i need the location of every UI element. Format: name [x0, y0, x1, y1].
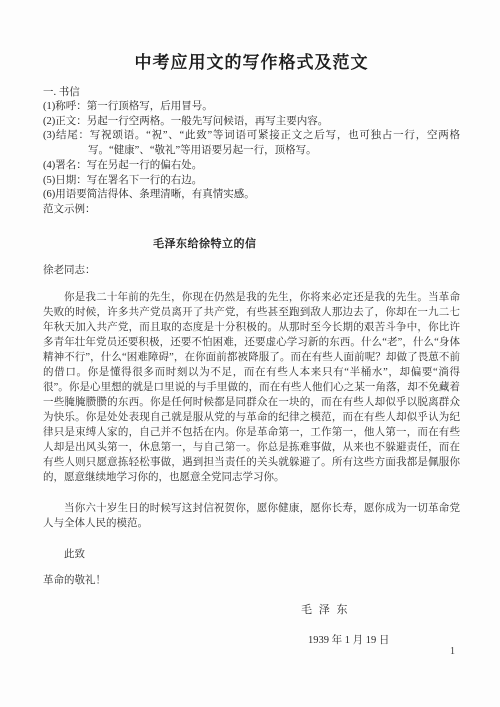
rule-language: (6)用语要简洁得体、条理清晰，有真情实感。 [43, 188, 460, 203]
rule-date: (5)日期：写在署名下一行的右边。 [43, 174, 460, 189]
letter-paragraph-1: 你是我二十年前的先生，你现在仍然是我的先生，你将来必定还是我的先生。当革命失败的… [43, 290, 460, 485]
sample-letter: 毛泽东给徐特立的信 徐老同志： 你是我二十年前的先生，你现在仍然是我的先生，你将… [43, 237, 460, 648]
letter-title: 毛泽东给徐特立的信 [153, 237, 460, 252]
letter-salute: 革命的敬礼！ [43, 573, 460, 588]
rule-body: (2)正文：另起一行空两格。一般先写问候语，再写主要内容。 [43, 115, 460, 130]
document-page: 中考应用文的写作格式及范文 一. 书信 (1)称呼：第一行顶格写，后用冒号。 (… [0, 0, 500, 707]
document-title: 中考应用文的写作格式及范文 [43, 53, 460, 73]
letter-date: 1939 年 1 月 19 日 [308, 633, 460, 648]
rule-ending: (3)结尾：写祝颂语。“祝”、“此致”等词语可紧接正文之后写，也可独占一行，空两… [43, 129, 460, 158]
rule-salutation: (1)称呼：第一行顶格写，后用冒号。 [43, 100, 460, 115]
letter-signature: 毛 泽 东 [301, 603, 460, 618]
section-heading-letter: 一. 书信 [43, 85, 460, 100]
rule-signature: (4)署名：写在另起一行的偏右处。 [43, 159, 460, 174]
letter-salutation: 徐老同志： [43, 263, 460, 278]
page-number: 1 [450, 646, 455, 658]
example-label: 范文示例： [43, 203, 460, 218]
letter-closing: 此致 [43, 547, 460, 562]
letter-paragraph-2: 当你六十岁生日的时候写这封信祝贺你，愿你健康，愿你长寿，愿你成为一切革命党人与全… [43, 501, 460, 531]
format-rules-section: 一. 书信 (1)称呼：第一行顶格写，后用冒号。 (2)正文：另起一行空两格。一… [43, 85, 460, 218]
